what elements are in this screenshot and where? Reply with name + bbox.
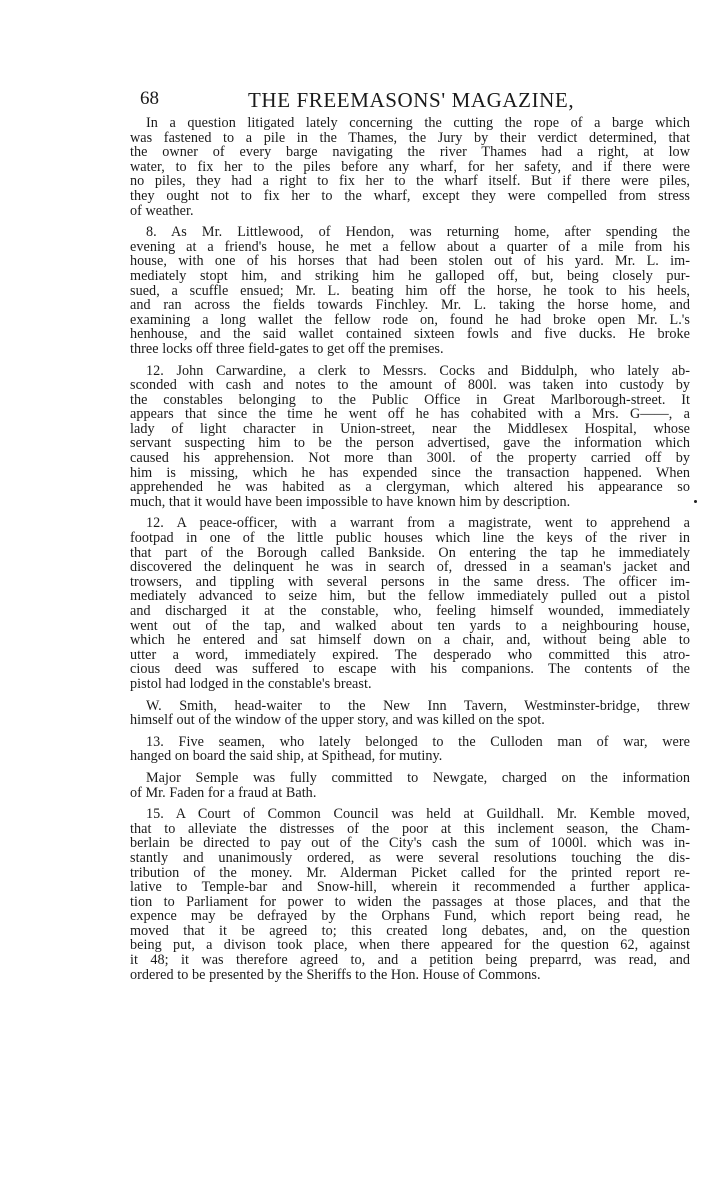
text-line: 12. A peace-officer, with a warrant from…	[130, 516, 690, 531]
text-line: the constables belonging to the Public O…	[130, 393, 690, 408]
text-line: evening at a friend's house, he met a fe…	[130, 240, 690, 255]
page-header: 68 THE FREEMASONS' MAGAZINE,	[130, 82, 690, 116]
text-line: berlain be directed to pay out of the Ci…	[130, 836, 690, 851]
text-line: stantly and unanimously ordered, as were…	[130, 851, 690, 866]
text-line: water, to fix her to the piles before an…	[130, 160, 690, 175]
article-body: In a question litigated lately concernin…	[130, 116, 690, 982]
paragraph-common-council: 15. A Court of Common Council was held a…	[130, 807, 690, 982]
text-line: house, with one of his horses that had b…	[130, 254, 690, 269]
text-line: was fastened to a pile in the Thames, th…	[130, 131, 690, 146]
paragraph-seamen: 13. Five seamen, who lately belonged to …	[130, 735, 690, 764]
text-line: of weather.	[130, 204, 690, 219]
text-line: of Mr. Faden for a fraud at Bath.	[130, 786, 690, 801]
paragraph-semple: Major Semple was fully committed to Newg…	[130, 771, 690, 800]
text-line: In a question litigated lately concernin…	[130, 116, 690, 131]
text-line: cious deed was suffered to escape with h…	[130, 662, 690, 677]
text-line: lative to Temple-bar and Snow-hill, wher…	[130, 880, 690, 895]
text-line: tribution of the money. Mr. Alderman Pic…	[130, 866, 690, 881]
text-line: and ran across the fields towards Finchl…	[130, 298, 690, 313]
text-line: footpad in one of the little public hous…	[130, 531, 690, 546]
text-line: W. Smith, head-waiter to the New Inn Tav…	[130, 699, 690, 714]
text-line: himself out of the window of the upper s…	[130, 713, 690, 728]
text-line: lady of light character in Union-street,…	[130, 422, 690, 437]
magazine-page: 68 THE FREEMASONS' MAGAZINE, In a questi…	[130, 82, 690, 989]
paragraph-littlewood: 8. As Mr. Littlewood, of Hendon, was ret…	[130, 225, 690, 356]
text-line: 13. Five seamen, who lately belonged to …	[130, 735, 690, 750]
margin-speck	[694, 500, 697, 503]
page-number: 68	[140, 88, 159, 110]
text-line: and discharged it at the constable, who,…	[130, 604, 690, 619]
text-line: appears that since the time he went off …	[130, 407, 690, 422]
text-line: Major Semple was fully committed to Newg…	[130, 771, 690, 786]
text-line: apprehended he was habited as a clergyma…	[130, 480, 690, 495]
text-line: moved that it be agreed to; this created…	[130, 924, 690, 939]
text-line: hanged on board the said ship, at Spithe…	[130, 749, 690, 764]
text-line: which he entered and sat himself down on…	[130, 633, 690, 648]
text-line: caused his apprehension. Not more than 3…	[130, 451, 690, 466]
text-line: sconded with cash and notes to the amoun…	[130, 378, 690, 393]
text-line: henhouse, and the said wallet contained …	[130, 327, 690, 342]
paragraph-peace-officer: 12. A peace-officer, with a warrant from…	[130, 516, 690, 691]
text-line: him is missing, which he has expended si…	[130, 466, 690, 481]
text-line: went out of the tap, and walked about te…	[130, 619, 690, 634]
text-line: discovered the delinquent he was in sear…	[130, 560, 690, 575]
paragraph-carwardine: 12. John Carwardine, a clerk to Messrs. …	[130, 364, 690, 510]
text-line: that part of the Borough called Bankside…	[130, 546, 690, 561]
text-line: no piles, they had a right to fix her to…	[130, 174, 690, 189]
text-line: pistol had lodged in the constable's bre…	[130, 677, 690, 692]
text-line: examining a long wallet the fellow rode …	[130, 313, 690, 328]
text-line: it 48; it was therefore agreed to, and a…	[130, 953, 690, 968]
text-line: trowsers, and tippling with several pers…	[130, 575, 690, 590]
text-line: 8. As Mr. Littlewood, of Hendon, was ret…	[130, 225, 690, 240]
text-line: expence may be defrayed by the Orphans F…	[130, 909, 690, 924]
text-line: 15. A Court of Common Council was held a…	[130, 807, 690, 822]
text-line: 12. John Carwardine, a clerk to Messrs. …	[130, 364, 690, 379]
text-line: sued, a scuffle ensued; Mr. L. beating h…	[130, 284, 690, 299]
text-line: utter a word, immediately expired. The d…	[130, 648, 690, 663]
text-line: they ought not to fix her to the wharf, …	[130, 189, 690, 204]
text-line: the owner of every barge navigating the …	[130, 145, 690, 160]
text-line: much, that it would have been impossible…	[130, 495, 690, 510]
paragraph-barge-rope: In a question litigated lately concernin…	[130, 116, 690, 218]
text-line: being put, a divison took place, when th…	[130, 938, 690, 953]
text-line: mediately stopt him, and striking him he…	[130, 269, 690, 284]
running-title: THE FREEMASONS' MAGAZINE,	[248, 88, 574, 113]
text-line: ordered to be presented by the Sheriffs …	[130, 968, 690, 983]
text-line: three locks off three field-gates to get…	[130, 342, 690, 357]
text-line: tion to Parliament for power to widen th…	[130, 895, 690, 910]
text-line: servant suspecting him to be the person …	[130, 436, 690, 451]
text-line: that to alleviate the distresses of the …	[130, 822, 690, 837]
text-line: mediately advanced to seize him, but the…	[130, 589, 690, 604]
paragraph-smith: W. Smith, head-waiter to the New Inn Tav…	[130, 699, 690, 728]
